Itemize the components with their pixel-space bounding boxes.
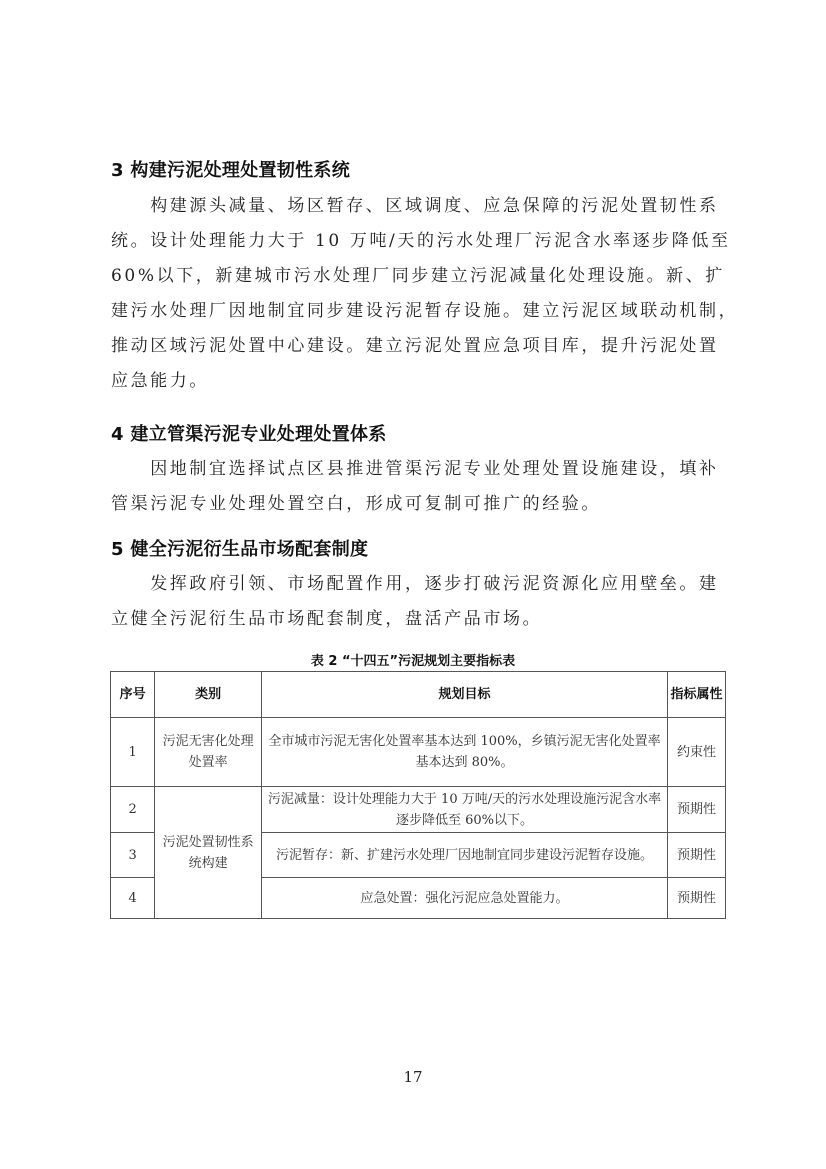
cell-no: 4 — [111, 878, 155, 919]
cell-target: 应急处置：强化污泥应急处置能力。 — [262, 878, 668, 919]
cell-no: 1 — [111, 718, 155, 787]
table-caption: 表 2 “十四五”污泥规划主要指标表 — [0, 650, 826, 669]
text-line: 推动区域污泥处置中心建设。建立污泥处置应急项目库，提升污泥处置 — [111, 329, 727, 364]
text-line: 管渠污泥专业处理处置空白，形成可复制可推广的经验。 — [111, 487, 727, 522]
header-no: 序号 — [111, 672, 155, 718]
section-5-heading: 5 健全污泥衍生品市场配套制度 — [111, 535, 368, 561]
section-4-heading: 4 建立管渠污泥专业处理处置体系 — [111, 420, 387, 446]
header-category: 类别 — [155, 672, 262, 718]
text-line: 立健全污泥衍生品市场配套制度，盘活产品市场。 — [111, 602, 727, 637]
header-target: 规划目标 — [262, 672, 668, 718]
cell-target: 污泥减量：设计处理能力大于 10 万吨/天的污水处理设施污泥含水率逐步降低至 6… — [262, 787, 668, 833]
text-line: 建污水处理厂因地制宜同步建设污泥暂存设施。建立污泥区域联动机制， — [111, 294, 727, 329]
page-number: 17 — [0, 1068, 826, 1086]
cell-attribute: 预期性 — [668, 787, 726, 833]
cell-category: 污泥无害化处理处置率 — [155, 718, 262, 787]
table-header-row: 序号 类别 规划目标 指标属性 — [111, 672, 726, 718]
cell-target: 污泥暂存：新、扩建污水处理厂因地制宜同步建设污泥暂存设施。 — [262, 833, 668, 878]
cell-category: 污泥处置韧性系统构建 — [155, 787, 262, 919]
indicator-table: 序号 类别 规划目标 指标属性 1 污泥无害化处理处置率 全市城市污泥无害化处置… — [110, 671, 726, 919]
text-line: 构建源头减量、场区暂存、区域调度、应急保障的污泥处置韧性系 — [111, 189, 727, 224]
cell-no: 2 — [111, 787, 155, 833]
text-line: 统。设计处理能力大于 10 万吨/天的污水处理厂污泥含水率逐步降低至 — [111, 224, 727, 259]
section-5-body: 发挥政府引领、市场配置作用，逐步打破污泥资源化应用壁垒。建 立健全污泥衍生品市场… — [111, 567, 727, 637]
text-line: 60%以下，新建城市污水处理厂同步建立污泥减量化处理设施。新、扩 — [111, 259, 727, 294]
section-3-body: 构建源头减量、场区暂存、区域调度、应急保障的污泥处置韧性系 统。设计处理能力大于… — [111, 189, 727, 399]
cell-target: 全市城市污泥无害化处置率基本达到 100%，乡镇污泥无害化处置率基本达到 80%… — [262, 718, 668, 787]
cell-attribute: 预期性 — [668, 878, 726, 919]
text-line: 发挥政府引领、市场配置作用，逐步打破污泥资源化应用壁垒。建 — [111, 567, 727, 602]
section-3-heading: 3 构建污泥处理处置韧性系统 — [111, 156, 350, 182]
cell-no: 3 — [111, 833, 155, 878]
cell-attribute: 预期性 — [668, 833, 726, 878]
table-row: 2 污泥处置韧性系统构建 污泥减量：设计处理能力大于 10 万吨/天的污水处理设… — [111, 787, 726, 833]
section-4-body: 因地制宜选择试点区县推进管渠污泥专业处理处置设施建设，填补 管渠污泥专业处理处置… — [111, 452, 727, 522]
text-line: 因地制宜选择试点区县推进管渠污泥专业处理处置设施建设，填补 — [111, 452, 727, 487]
text-line: 应急能力。 — [111, 364, 727, 399]
table-row: 1 污泥无害化处理处置率 全市城市污泥无害化处置率基本达到 100%，乡镇污泥无… — [111, 718, 726, 787]
cell-attribute: 约束性 — [668, 718, 726, 787]
header-attribute: 指标属性 — [668, 672, 726, 718]
